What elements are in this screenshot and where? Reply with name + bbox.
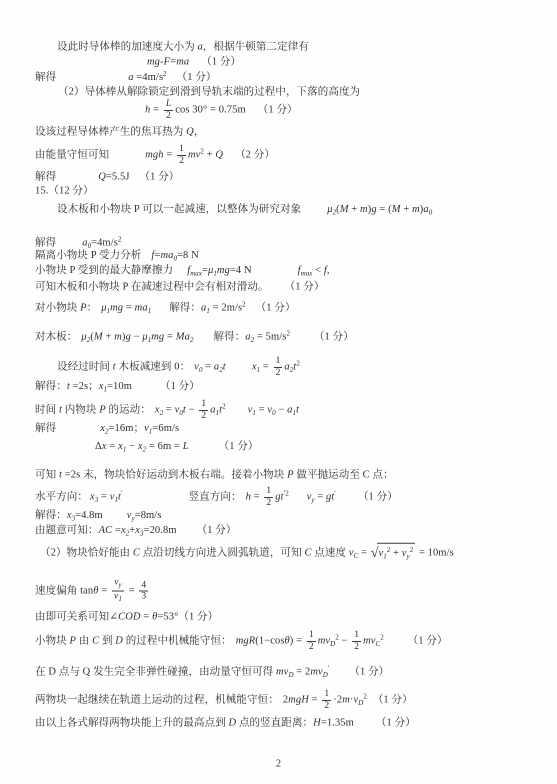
solution-line: 解得x2=16m；v1=6m/s xyxy=(35,422,179,439)
solution-line: （2）物块恰好能由 C 点沿切线方向进入圆弧轨道，可知 C 点速度 vC = √… xyxy=(40,543,454,564)
solution-line: 在 D 点与 Q 发生完全非弹性碰撞，由动量守恒可得 mvD = 2mvD′（1… xyxy=(35,662,389,682)
solution-line: 由即可关系可知∠COD = θ=53°（1 分） xyxy=(35,611,218,624)
solution-line: 小物块 P 由 C 到 D 的过程中机械能守恒：mgR(1−cosθ) = 12… xyxy=(35,630,448,652)
solution-line: Δx = x1 − x2 = 6m = L（1 分） xyxy=(95,440,259,457)
solution-line: 设此时导体棒的加速度大小为 a，根据牛顿第二定律有 xyxy=(57,41,309,54)
solution-line: 设该过程导体棒产生的焦耳热为 Q， xyxy=(35,126,204,139)
solution-line: 小物块 P 受到的最大静摩擦力fmax=μ1mg=4 Nfmax < f, xyxy=(35,264,330,281)
page-number: 2 xyxy=(0,759,557,770)
solution-line: 设木板和小物块 P 可以一起减速，以整体为研究对象μ2(M + m)g = (M… xyxy=(57,203,432,220)
solution-line: 对小物块 P：μ1mg = ma1解得：a1 = 2m/s2（1 分） xyxy=(35,298,296,318)
solution-line: h = L2cos 30° = 0.75m（1 分） xyxy=(145,99,298,121)
solution-line: （2）导体棒从解除锁定到滑到导轨末端的过程中，下落的高度为 xyxy=(58,86,360,99)
solution-line: 15.（12 分） xyxy=(35,185,94,198)
solution-line: 两物块一起继续在轨道上运动的过程，机械能守恒：2mgH = 12·2m·vD2（… xyxy=(35,689,413,711)
solution-line: 对木板：μ2(M + m)g − μ1mg = Ma2解得：a2 = 5m/s2… xyxy=(35,327,354,347)
solution-line: 解得Q=5.5J（1 分） xyxy=(35,171,179,184)
solution-line: 由以上各式解得两物块能上升的最高点到 D 点的竖直距离：H=1.35m（1 分） xyxy=(35,717,416,730)
solution-line: 可知 t =2s 末，物块恰好运动到木板右端。接着小物块 P 做平抛运动至 C … xyxy=(35,469,394,482)
answer-sheet-page: 设此时导体棒的加速度大小为 a，根据牛顿第二定律有mg-F=ma（1 分）解得a… xyxy=(0,0,557,784)
solution-line: 设经过时间 t 木板减速到 0：v0 = a2tx1 = 12a2t2 xyxy=(57,356,300,378)
solution-line: 水平方向：x3 = v1t′竖直方向：h = 12gt′2vy = gt′（1 … xyxy=(35,486,398,508)
solution-line: 速度偏角 tanθ = vyv1 = 43 xyxy=(35,578,150,605)
solution-line: 时间 t 内物块 P 的运动：x2 = v0t − 12a1t2v1 = v0 … xyxy=(35,399,299,421)
solution-line: 由能量守恒可知mgh = 12mv2 + Q（2 分） xyxy=(35,144,275,166)
solution-line: 解得：t =2s；x1=10m（1 分） xyxy=(35,380,200,397)
solution-line: mg-F=ma（1 分） xyxy=(147,56,241,69)
solution-line: 解得a =4m/s2（1 分） xyxy=(35,68,217,84)
solution-line: 由题意可知：AC =x2+x3=20.8m（1 分） xyxy=(35,524,237,541)
solution-line: 可知木板和小物块 P 在减速过程中会有相对滑动。（1 分） xyxy=(35,281,324,294)
